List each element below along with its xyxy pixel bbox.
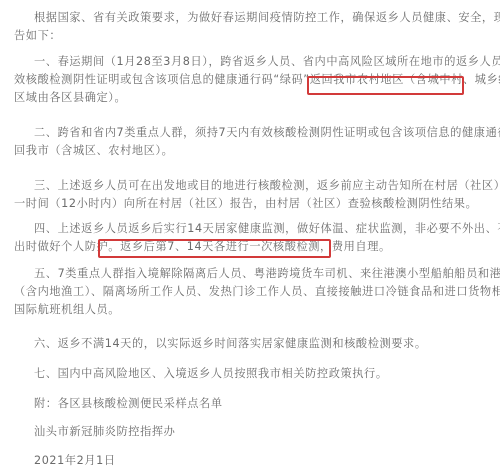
attachment-link[interactable]: 附：各区县核酸检测便民采样点名单	[34, 395, 223, 413]
intro-line-1: 根据国家、省有关政策要求，为做好春运期间疫情防控工作，确保返乡人员健康、安全，现…	[34, 9, 500, 27]
section-5-line-1: 五、7类重点人群指入境解除隔离后人员、粤港跨境货车司机、来往港澳小型船舶船员和港…	[34, 265, 500, 283]
issuer-signature: 汕头市新冠肺炎防控指挥办	[34, 423, 175, 441]
issue-date: 2021年2月1日	[34, 452, 116, 470]
section-5-line-3: 国际航班机组人员。	[14, 301, 120, 319]
section-6-line-1: 六、返乡不满14天的，以实际返乡时间落实居家健康监测和核酸检测要求。	[34, 335, 427, 353]
section-7-line-1: 七、国内中高风险地区、入境返乡人员按照我市相关防控政策执行。	[34, 365, 388, 383]
section-2-line-1: 二、跨省和省内7类重点人群，须持7天内有效核酸检测阴性证明或包含该项信息的健康通…	[34, 124, 500, 142]
section-3-line-2: 一时间（12小时内）向所在村居（社区）报告，由村居（社区）查验核酸检测阴性结果。	[14, 195, 477, 213]
section-1-line-1: 一、春运期间（1月28至3月8日），跨省返乡人员、省内中高风险区域所在地市的返乡…	[34, 53, 500, 71]
section-5-line-2: （含内地渔工）、隔离场所工作人员、发热门诊工作人员、直接接触进口冷链食品和进口货…	[14, 283, 500, 301]
section-2-line-2: 回我市（含城区、农村地区）。	[14, 142, 173, 160]
section-4-line-1: 四、上述返乡人员返乡后实行14天居家健康监测，做好体温、症状监测，非必要不外出、…	[34, 220, 500, 238]
highlight-box-rural-areas	[307, 76, 464, 95]
section-3-line-1: 三、上述返乡人员可在出发地或目的地进行核酸检测，返乡前应主动告知所在村居（社区）…	[34, 177, 500, 195]
highlight-box-testing-requirement	[98, 239, 331, 258]
section-1-line-3: 区域由各区县确定）。	[14, 89, 126, 107]
intro-line-2: 告如下：	[14, 27, 61, 45]
